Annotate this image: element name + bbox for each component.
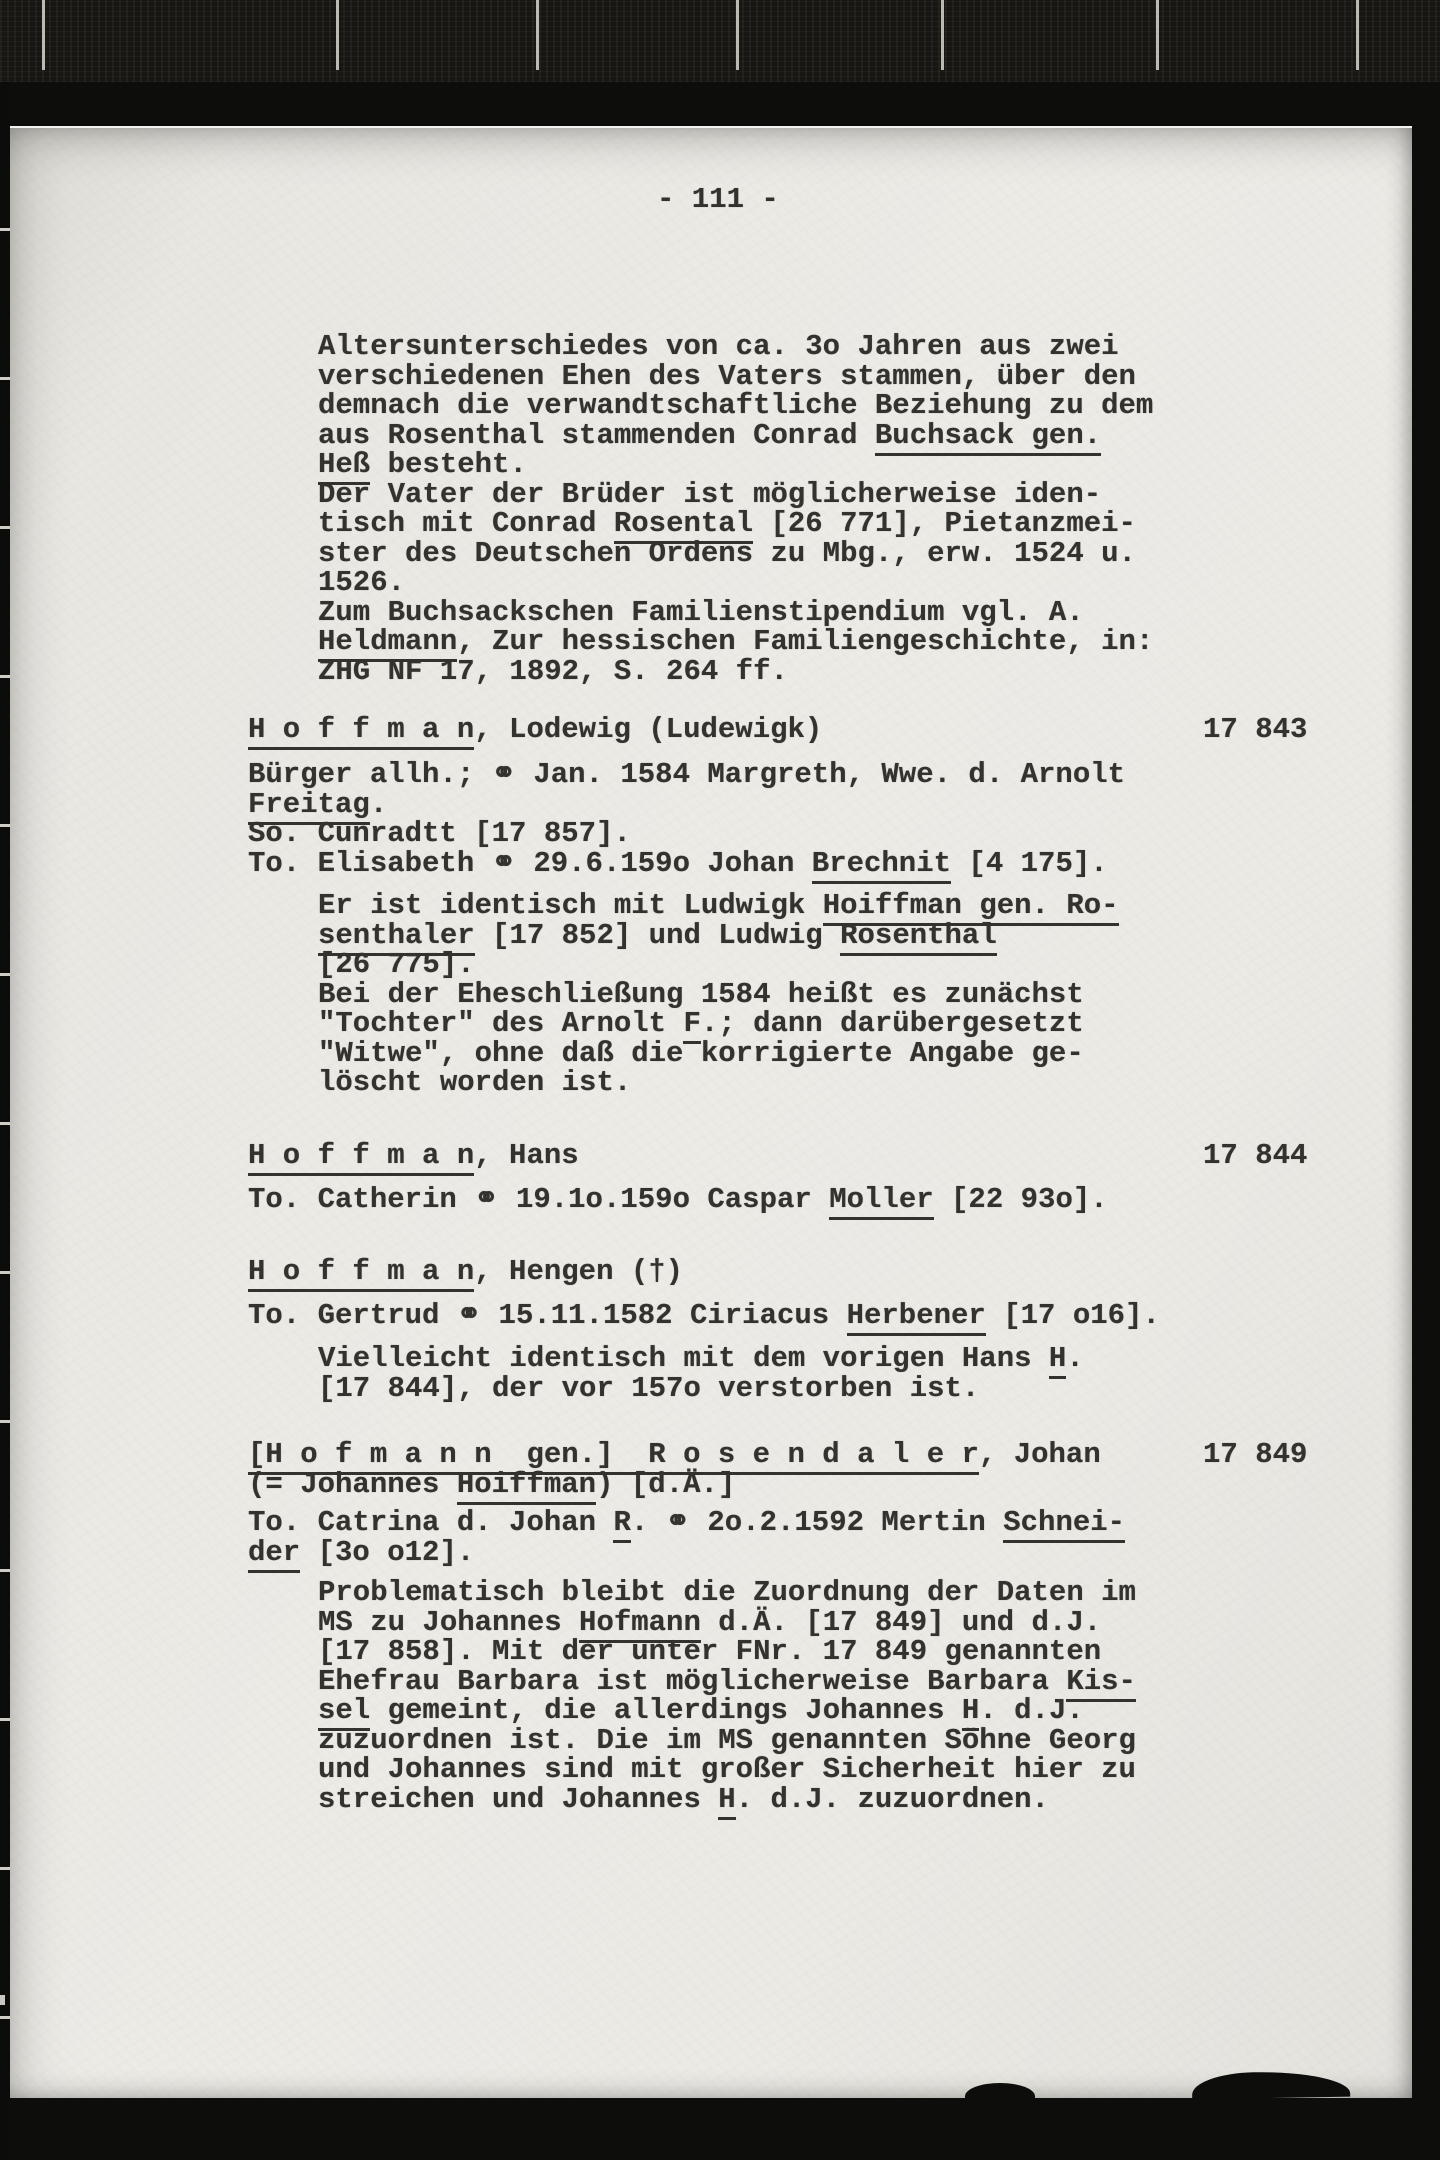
- entry-note: Er ist identisch mit Ludwigk Hoiffman ge…: [318, 891, 1119, 1098]
- entry-body: To. Gertrud ⚭ 15.11.1582 Ciriacus Herben…: [248, 1301, 1160, 1331]
- film-left-edge: [0, 82, 10, 2160]
- film-strip: [0, 0, 1440, 82]
- film-frame-mark: [336, 0, 339, 70]
- family-number: 17 844: [1203, 1141, 1307, 1171]
- film-edge-notch: [0, 1995, 5, 2005]
- film-frame-mark: [1356, 0, 1359, 70]
- entry-body: To. Catrina d. Johan R. ⚭ 2o.2.1592 Mert…: [248, 1508, 1125, 1567]
- entry-body: Bürger allh.; ⚭ Jan. 1584 Margreth, Wwe.…: [248, 760, 1125, 878]
- film-frame-mark: [42, 0, 45, 70]
- entry-heading-hoffman-lodewig: H o f f m a n, Lodewig (Ludewigk): [248, 715, 822, 745]
- family-number: 17 849: [1203, 1440, 1307, 1470]
- film-frame-mark: [941, 0, 944, 70]
- entry-note: Vielleicht identisch mit dem vorigen Han…: [318, 1344, 1084, 1403]
- scanned-page: - 111 - Altersunterschiedes von ca. 3o J…: [0, 0, 1440, 2160]
- film-frame-mark: [536, 0, 539, 70]
- entry-note: Problematisch bleibt die Zuordnung der D…: [318, 1578, 1136, 1814]
- film-frame-mark: [1156, 0, 1159, 70]
- entry-body: To. Catherin ⚭ 19.1o.159o Caspar Moller …: [248, 1185, 1108, 1215]
- entry-heading-hoffman-hans: H o f f m a n, Hans: [248, 1141, 579, 1171]
- intro-note: Altersunterschiedes von ca. 3o Jahren au…: [318, 332, 1153, 686]
- film-frame-mark: [736, 0, 739, 70]
- entry-heading-hofmann-rosendaler: [H o f m a n n gen.] R o s e n d a l e r…: [248, 1440, 1101, 1499]
- entry-heading-hoffman-hengen: H o f f m a n, Hengen (†): [248, 1257, 683, 1287]
- family-number: 17 843: [1203, 715, 1307, 745]
- page-number: - 111 -: [657, 185, 779, 215]
